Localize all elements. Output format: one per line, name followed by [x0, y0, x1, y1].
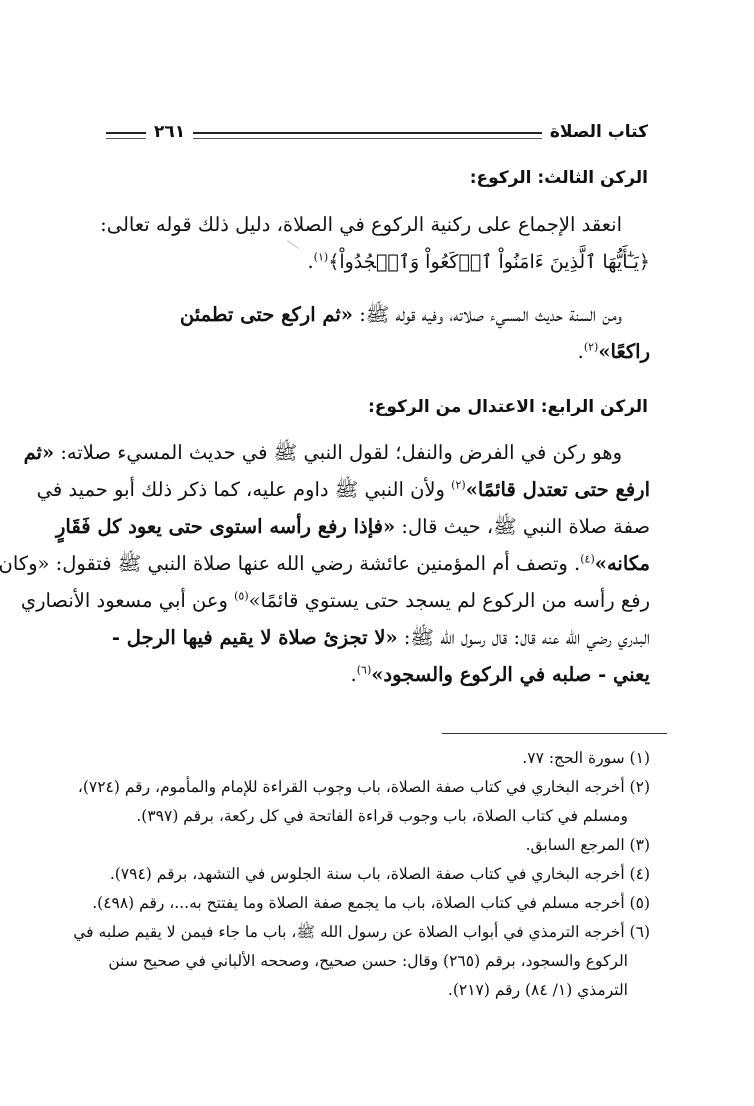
hadith-quote: «ثم: [24, 441, 55, 464]
footnote-ref[interactable]: (٤): [580, 553, 595, 566]
body-line: راكعًا»(٢).: [84, 333, 650, 370]
footnote-6: (٦) أخرجه الترمذي في أبواب الصلاة عن رسو…: [84, 918, 650, 947]
body-line: ارفع حتى تعتدل قائمًا»(٢) ولأن النبي ﷺ د…: [84, 471, 650, 508]
body-line: ﴿يَـٰٓأَيُّهَا ٱلَّذِينَ ءَامَنُواْ ٱرۡك…: [84, 243, 650, 280]
body-line: مكانه»(٤). وتصف أم المؤمنين عائشة رضي ال…: [84, 545, 650, 582]
footnote-6-cont: الركوع والسجود، برقم (٢٦٥) وقال: حسن صحي…: [84, 947, 650, 976]
footnote-6-cont: الترمذي (١/ ٨٤) رقم (٢١٧).: [84, 976, 650, 1005]
paragraph-ijma: انعقد الإجماع على ركنية الركوع في الصلاة…: [84, 206, 650, 280]
body-text: صفة صلاة النبي ﷺ، حيث قال:: [395, 515, 650, 538]
page-number: ٢٦١: [146, 122, 193, 142]
footnote-ref[interactable]: (١): [314, 251, 329, 264]
body-line: وهو ركن في الفرض والنفل؛ لقول النبي ﷺ في…: [84, 434, 650, 471]
footnote-2: (٢) أخرجه البخاري في كتاب صفة الصلاة، با…: [84, 773, 650, 802]
body-line: صفة صلاة النبي ﷺ، حيث قال: «فإذا رفع رأس…: [84, 508, 650, 545]
body-text: البدري رضي الله عنه قال: قال رسول الله ﷺ…: [398, 626, 650, 649]
quran-verse: ﴿يَـٰٓأَيُّهَا ٱلَّذِينَ ءَامَنُواْ ٱرۡك…: [328, 251, 650, 273]
paragraph-itidal: وهو ركن في الفرض والنفل؛ لقول النبي ﷺ في…: [84, 434, 650, 693]
hadith-quote: يعني - صلبه في الركوع والسجود»: [371, 663, 650, 686]
footnote-3: (٣) المرجع السابق.: [84, 831, 650, 860]
body-line: انعقد الإجماع على ركنية الركوع في الصلاة…: [84, 206, 650, 243]
footnote-5: (٥) أخرجه مسلم في كتاب الصلاة، باب ما يج…: [84, 889, 650, 918]
hadith-quote: «فإذا رفع رأسه استوى حتى يعود كل فَقَارٍ: [56, 515, 395, 538]
footnote-4: (٤) أخرجه البخاري في كتاب صفة الصلاة، با…: [84, 860, 650, 889]
header-rule-short: [106, 132, 146, 139]
header-rule: [193, 132, 542, 139]
body-line: البدري رضي الله عنه قال: قال رسول الله ﷺ…: [84, 619, 650, 656]
hadith-quote: «لا تجزئ صلاة لا يقيم فيها الرجل -: [112, 626, 398, 649]
body-text: رفع رأسه من الركوع لم يسجد حتى يستوي قائ…: [249, 589, 650, 612]
body-text: وعن أبي مسعود الأنصاري: [21, 589, 234, 612]
footnote-ref[interactable]: (٥): [234, 590, 249, 603]
section-heading-itidal: الركن الرابع: الاعتدال من الركوع:: [368, 397, 648, 417]
footnote-ref[interactable]: (٦): [357, 664, 372, 677]
footnotes: (١) سورة الحج: ٧٧. (٢) أخرجه البخاري في …: [84, 744, 650, 1005]
hadith-quote: راكعًا»: [598, 340, 650, 363]
body-line: ومن السنة حديث المسيء صلاته، وفيه قوله ﷺ…: [84, 296, 650, 333]
body-line: رفع رأسه من الركوع لم يسجد حتى يستوي قائ…: [84, 582, 650, 619]
running-header: كتاب الصلاة ٢٦١: [106, 118, 648, 146]
body-line: يعني - صلبه في الركوع والسجود»(٦).: [84, 656, 650, 693]
hadith-quote: مكانه»: [595, 552, 650, 575]
body-text: انعقد الإجماع على ركنية الركوع في الصلاة…: [100, 213, 622, 236]
body-text: ومن السنة حديث المسيء صلاته، وفيه قوله ﷺ…: [353, 303, 622, 326]
hadith-quote: ارفع حتى تعتدل قائمًا»: [466, 478, 650, 501]
footnote-separator: [442, 733, 667, 734]
footnote-1: (١) سورة الحج: ٧٧.: [84, 744, 650, 773]
book-page: كتاب الصلاة ٢٦١ الركن الثالث: الركوع: ان…: [0, 0, 754, 1106]
footnote-2-cont: ومسلم في كتاب الصلاة، باب وجوب قراءة الف…: [84, 802, 650, 831]
body-text: ولأن النبي ﷺ داوم عليه، كما ذكر ذلك أبو …: [37, 478, 452, 501]
book-title: كتاب الصلاة: [542, 122, 648, 142]
paragraph-sunnah: ومن السنة حديث المسيء صلاته، وفيه قوله ﷺ…: [84, 296, 650, 370]
hadith-quote: «ثم اركع حتى تطمئن: [180, 303, 353, 326]
body-text: وهو ركن في الفرض والنفل؛ لقول النبي ﷺ في…: [54, 441, 622, 464]
footnote-ref[interactable]: (٢): [451, 479, 466, 492]
body-text: . وتصف أم المؤمنين عائشة رضي الله عنها ص…: [0, 552, 580, 575]
footnote-ref[interactable]: (٢): [584, 341, 599, 354]
section-heading-ruku: الركن الثالث: الركوع:: [470, 168, 648, 188]
